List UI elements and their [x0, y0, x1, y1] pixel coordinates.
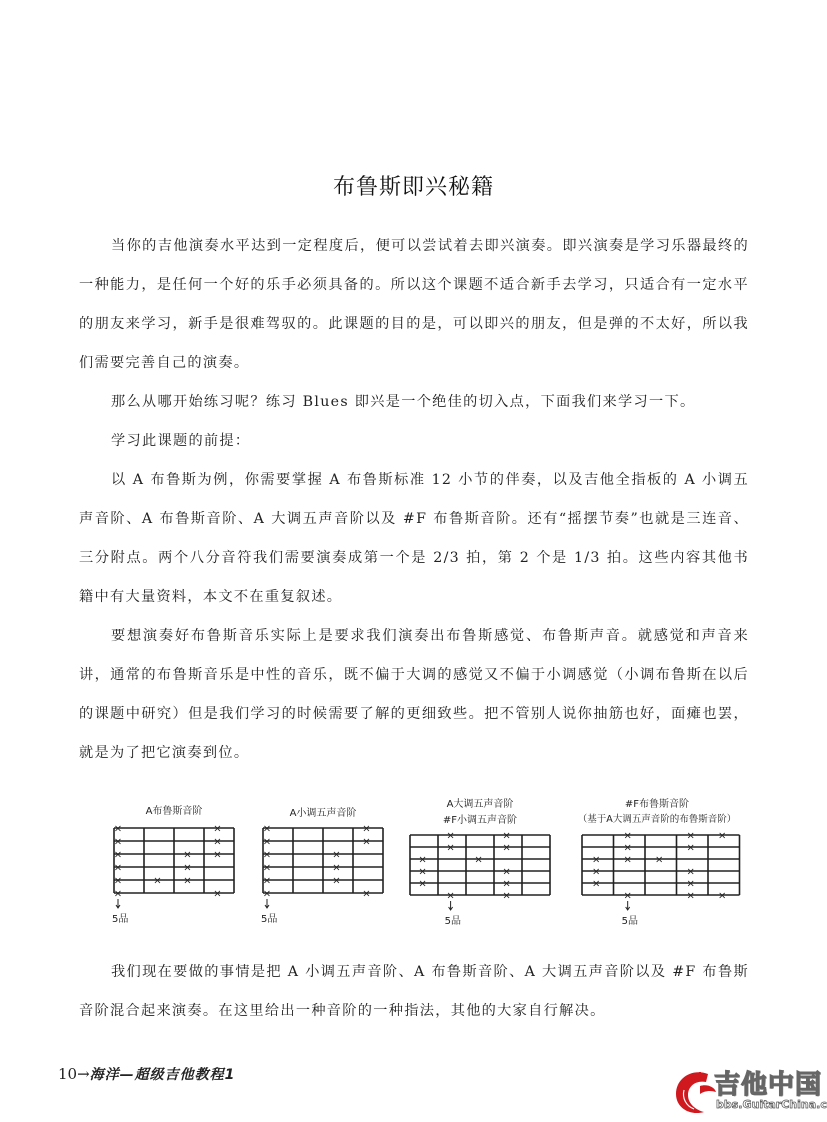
scale-diagram-f-sharp-blues: #F布鲁斯音阶 （基于A大调五声音阶的布鲁斯音阶） ××××××××××××××…	[572, 795, 742, 925]
fretboard-grid: ××××××××××××	[400, 795, 560, 910]
fret-position-label: 5品	[112, 910, 128, 925]
note-mark-icon: ×	[153, 876, 161, 887]
logo-text-cn: 吉他中国	[714, 1064, 822, 1101]
note-mark-icon: ×	[213, 824, 221, 835]
note-mark-icon: ×	[263, 837, 271, 848]
note-mark-icon: ×	[362, 837, 370, 848]
note-mark-icon: ×	[114, 850, 122, 861]
note-mark-icon: ×	[263, 824, 271, 835]
scale-diagram-a-major-pentatonic: A大调五声音阶 #F小调五声音阶 ×××××××××××× 5品	[400, 795, 560, 925]
paragraph-prerequisites: 以 A 布鲁斯为例，你需要掌握 A 布鲁斯标准 12 小节的伴奏，以及吉他全指板…	[79, 461, 749, 617]
note-mark-icon: ×	[114, 837, 122, 848]
note-mark-icon: ×	[362, 889, 370, 900]
note-mark-icon: ×	[183, 863, 191, 874]
paragraph-mix-scales: 我们现在要做的事情是把 A 小调五声音阶、A 布鲁斯音阶、A 大调五声音阶以及 …	[79, 953, 749, 1031]
note-mark-icon: ×	[623, 891, 631, 902]
fretboard-grid: ×××××××××××××××	[572, 795, 742, 910]
note-mark-icon: ×	[474, 855, 482, 866]
note-mark-icon: ×	[114, 824, 122, 835]
arrow-icon: →	[77, 1065, 90, 1083]
note-mark-icon: ×	[623, 843, 631, 854]
note-mark-icon: ×	[183, 876, 191, 887]
note-mark-icon: ×	[114, 863, 122, 874]
note-mark-icon: ×	[686, 879, 694, 890]
fret-position-label: 5品	[445, 912, 461, 927]
note-mark-icon: ×	[446, 843, 454, 854]
note-mark-icon: ×	[263, 889, 271, 900]
note-mark-icon: ×	[502, 867, 510, 878]
note-mark-icon: ×	[263, 863, 271, 874]
note-mark-icon: ×	[263, 876, 271, 887]
scale-diagram-a-blues: A布鲁斯音阶 ×××××××××××××× 5品	[104, 800, 244, 925]
note-mark-icon: ×	[114, 889, 122, 900]
page-number: 10	[58, 1065, 77, 1083]
note-mark-icon: ×	[332, 876, 340, 887]
scale-diagram-a-minor-pentatonic: A小调五声音阶 ×××××××××××× 5品	[253, 800, 393, 925]
note-mark-icon: ×	[502, 831, 510, 842]
fretboard-grid: ××××××××××××	[253, 800, 393, 910]
paragraph-blues-feel: 要想演奏好布鲁斯音乐实际上是要求我们演奏出布鲁斯感觉、布鲁斯声音。就感觉和声音来…	[79, 617, 749, 773]
series-title: 海洋—超级吉他教程1	[90, 1067, 236, 1083]
page-footer: 10→海洋—超级吉他教程1	[58, 1064, 235, 1084]
note-mark-icon: ×	[502, 843, 510, 854]
fret-position-label: 5品	[622, 912, 638, 927]
guitarchina-logo: 吉他中国 bbs.GuitarChina.com	[670, 1064, 825, 1119]
note-mark-icon: ×	[362, 824, 370, 835]
page-title: 布鲁斯即兴秘籍	[0, 170, 827, 201]
fret-position-label: 5品	[261, 910, 277, 925]
logo-text-en: bbs.GuitarChina.com	[716, 1098, 827, 1111]
body-text-top: 当你的吉他演奏水平达到一定程度后，便可以尝试着去即兴演奏。即兴演奏是学习乐器最终…	[79, 227, 749, 773]
note-mark-icon: ×	[418, 867, 426, 878]
note-mark-icon: ×	[263, 850, 271, 861]
note-mark-icon: ×	[114, 876, 122, 887]
note-mark-icon: ×	[213, 850, 221, 861]
note-mark-icon: ×	[718, 831, 726, 842]
note-mark-icon: ×	[502, 891, 510, 902]
body-text-bottom: 我们现在要做的事情是把 A 小调五声音阶、A 布鲁斯音阶、A 大调五声音阶以及 …	[79, 953, 749, 1031]
note-mark-icon: ×	[686, 831, 694, 842]
note-mark-icon: ×	[502, 879, 510, 890]
note-mark-icon: ×	[686, 867, 694, 878]
note-mark-icon: ×	[213, 837, 221, 848]
note-mark-icon: ×	[213, 889, 221, 900]
note-mark-icon: ×	[592, 855, 600, 866]
note-mark-icon: ×	[592, 867, 600, 878]
note-mark-icon: ×	[686, 891, 694, 902]
note-mark-icon: ×	[418, 855, 426, 866]
fretboard-grid: ××××××××××××××	[104, 800, 244, 910]
note-mark-icon: ×	[446, 831, 454, 842]
note-mark-icon: ×	[718, 891, 726, 902]
note-mark-icon: ×	[623, 831, 631, 842]
note-mark-icon: ×	[592, 879, 600, 890]
paragraph-prerequisite-heading: 学习此课题的前提：	[79, 422, 749, 461]
note-mark-icon: ×	[446, 891, 454, 902]
note-mark-icon: ×	[686, 843, 694, 854]
note-mark-icon: ×	[332, 863, 340, 874]
note-mark-icon: ×	[332, 850, 340, 861]
note-mark-icon: ×	[623, 855, 631, 866]
note-mark-icon: ×	[183, 850, 191, 861]
paragraph-where-to-start: 那么从哪开始练习呢？练习 Blues 即兴是一个绝佳的切入点，下面我们来学习一下…	[79, 383, 749, 422]
note-mark-icon: ×	[655, 855, 663, 866]
note-mark-icon: ×	[418, 879, 426, 890]
paragraph-intro: 当你的吉他演奏水平达到一定程度后，便可以尝试着去即兴演奏。即兴演奏是学习乐器最终…	[79, 227, 749, 383]
dragon-logo-icon	[670, 1064, 720, 1119]
